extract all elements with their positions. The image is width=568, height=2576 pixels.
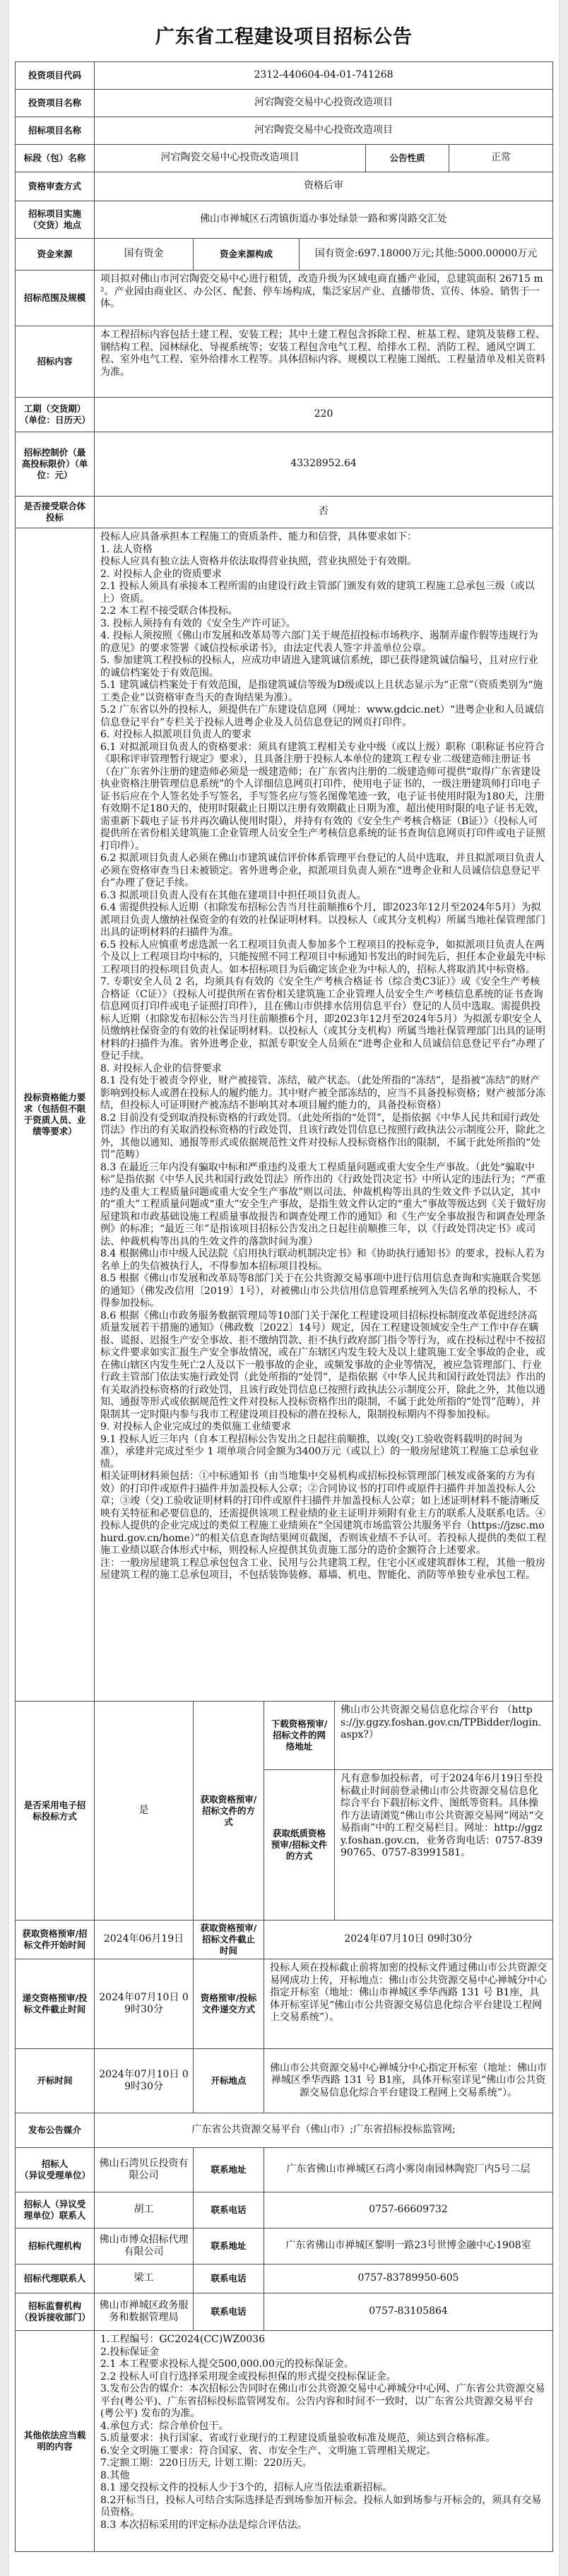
row-qualification-method: 资格审查方式 资格后审 <box>16 172 552 201</box>
media-value: 广东省公共资源交易平台（佛山市）;广东省招标投标监管网; <box>95 2113 552 2147</box>
agency-phone-label: 联系电话 <box>194 2265 264 2293</box>
row-location: 招标项目实施（交货）地点 佛山市禅城区石湾镇街道办事处绿景一路和雾岗路交汇处 <box>16 201 552 239</box>
tenderer-phone-label: 联系电话 <box>194 2192 264 2228</box>
consortium-label: 是否接受联合体投标 <box>16 497 95 528</box>
row-invest-name: 投资项目名称 河宕陶瓷交易中心投资改造项目 <box>16 90 552 117</box>
obtain-start-label: 获取资格预审/招标文件开始时间 <box>16 1921 95 1959</box>
row-content: 招标内容 本工程招标内容包括土建工程、安装工程；其中土建工程包含拆除工程、桩基工… <box>16 326 552 398</box>
media-label: 发布公告媒介 <box>16 2113 95 2147</box>
tenderer-address-value: 广东省佛山市禅城区石湾小雾岗南园林陶瓷厂内5号二层 <box>264 2148 552 2192</box>
agency-label: 招标代理机构 <box>16 2228 95 2264</box>
funds-value: 国有资金 <box>95 239 194 270</box>
scope-label: 招标范围及规模 <box>16 271 95 326</box>
row-tender-name: 招标项目名称 河宕陶瓷交易中心投资改造项目 <box>16 117 552 145</box>
row-obtain-time: 获取资格预审/招标文件开始时间 2024年06月19日 获取资格预审/招标文件截… <box>16 1921 552 1959</box>
duration-label: 工期（交货期）（单位：日历天） <box>16 398 95 432</box>
notice-nature-value: 正常 <box>449 145 552 172</box>
tenderer-contact-label: 招标人（异议受理单位）联系人 <box>16 2192 95 2228</box>
row-tenderer-contact: 招标人（异议受理单位）联系人 胡工 联系电话 0757-66609732 <box>16 2192 552 2228</box>
paper-method-subrow: 获取纸质资格预审/招标文件的方式 凡有意参加投标者，可于2024年6月19日至投… <box>264 1770 552 1920</box>
tender-name-value: 河宕陶瓷交易中心投资改造项目 <box>95 117 552 144</box>
qualification-requirements-value: 投标人应具备承担本工程施工的资质条件、能力和信誉，具体要求如下： 1. 法人资格… <box>95 528 552 1701</box>
section-label: 标段（包）名称 <box>16 145 95 172</box>
other-value: 1.工程编号：GC2024(CC)WZ0036 2.投标保证金 2.1 本工程要… <box>95 2331 552 2551</box>
agency-address-value: 广东省佛山市禅城区黎明一路23号世博金融中心1908室 <box>264 2228 552 2264</box>
supervisor-value: 佛山市禅城区政务服务和数据管理局 <box>95 2293 194 2330</box>
bid-opening-time-label: 开标时间 <box>16 2049 95 2113</box>
other-label: 其他依法应当载明的内容 <box>16 2331 95 2551</box>
obtain-method-label: 获取资格预审/招标文件的方式 <box>194 1702 264 1920</box>
download-address-subrow: 下载资格预审/招标文件的网络地址 佛山市公共资源交易信息化综合平台 （https… <box>264 1702 552 1770</box>
section-value: 河宕陶瓷交易中心投资改造项目 <box>95 145 366 172</box>
control-price-value: 43328952.64 <box>95 432 552 496</box>
supervisor-phone-value: 0757-83105864 <box>264 2293 552 2330</box>
qualification-method-value: 资格后审 <box>95 172 552 201</box>
row-duration: 工期（交货期）（单位：日历天） 220 <box>16 398 552 432</box>
row-agency-contact: 招标代理联系人 梁工 联系电话 0757-83789950-605 <box>16 2265 552 2293</box>
download-address-label: 下载资格预审/招标文件的网络地址 <box>264 1702 335 1769</box>
notice-nature-label: 公告性质 <box>366 145 449 172</box>
download-address-value: 佛山市公共资源交易信息化综合平台 （https://jy.ggzy.foshan… <box>335 1702 552 1769</box>
tenderer-contact-value: 胡工 <box>95 2192 194 2228</box>
invest-name-value: 河宕陶瓷交易中心投资改造项目 <box>95 90 552 117</box>
bid-opening-time-value: 2024年07月10日 09时30分 <box>95 2049 194 2113</box>
bid-opening-place-value: 佛山市公共资源交易中心禅城分中心指定开标室（地址：佛山市禅城区季华西路 131 … <box>264 2049 552 2113</box>
tenderer-value: 佛山石湾贝丘投资有限公司 <box>95 2148 194 2192</box>
qualification-method-label: 资格审查方式 <box>16 172 95 201</box>
tenderer-phone-value: 0757-66609732 <box>264 2192 552 2228</box>
announcement-table: 投资项目代码 2312-440604-04-01-741268 投资项目名称 河… <box>15 61 553 2552</box>
row-e-bidding: 是否采用电子招标投标方式 是 获取资格预审/招标文件的方式 下载资格预审/招标文… <box>16 1702 552 1921</box>
announcement-page: 广东省工程建设项目招标公告 投资项目代码 2312-440604-04-01-7… <box>8 0 560 2576</box>
agency-contact-label: 招标代理联系人 <box>16 2265 95 2293</box>
submit-deadline-value: 2024年07月10日 09时30分 <box>95 1959 194 2048</box>
consortium-value: 否 <box>95 497 552 528</box>
e-bidding-label: 是否采用电子招标投标方式 <box>16 1702 95 1920</box>
row-agency: 招标代理机构 佛山市博众招标代理有限公司 联系地址 广东省佛山市禅城区黎明一路2… <box>16 2228 552 2265</box>
duration-value: 220 <box>95 398 552 432</box>
agency-contact-value: 梁工 <box>95 2265 194 2293</box>
project-code-value: 2312-440604-04-01-741268 <box>95 62 552 89</box>
agency-address-label: 联系地址 <box>194 2228 264 2264</box>
supervisor-label: 招标监督机构（投诉接收部门） <box>16 2293 95 2330</box>
row-scope: 招标范围及规模 项目拟对佛山市河宕陶瓷交易中心进行租赁，改造升级为区域电商直播产… <box>16 271 552 326</box>
row-bid-opening: 开标时间 2024年07月10日 09时30分 开标地点 佛山市公共资源交易中心… <box>16 2049 552 2113</box>
tenderer-label: 招标人 （异议受理单位） <box>16 2148 95 2192</box>
control-price-label: 招标控制价（最高投标限价）（单位：元） <box>16 432 95 496</box>
agency-value: 佛山市博众招标代理有限公司 <box>95 2228 194 2264</box>
e-bidding-value: 是 <box>95 1702 194 1920</box>
row-consortium: 是否接受联合体投标 否 <box>16 497 552 528</box>
funds-composition-label: 资金来源构成 <box>194 239 300 270</box>
obtain-start-value: 2024年06月19日 <box>95 1921 194 1959</box>
row-project-code: 投资项目代码 2312-440604-04-01-741268 <box>16 62 552 90</box>
submit-method-value: 投标人须在投标截止前将加密的投标文件通过佛山市公共资源交易网成功上传，开标地点：… <box>264 1959 552 2048</box>
project-code-label: 投资项目代码 <box>16 62 95 89</box>
submit-method-label: 资格预审/投标文件递交方式 <box>194 1959 264 2048</box>
bid-opening-place-label: 开标地点 <box>194 2049 264 2113</box>
row-qualification-requirements: 投标资格能力要求（包括但不限于资质人员、业绩等要求） 投标人应具备承担本工程施工… <box>16 528 552 1702</box>
location-label: 招标项目实施（交货）地点 <box>16 201 95 238</box>
paper-method-label: 获取纸质资格预审/招标文件的方式 <box>264 1770 335 1920</box>
row-tenderer: 招标人 （异议受理单位） 佛山石湾贝丘投资有限公司 联系地址 广东省佛山市禅城区… <box>16 2148 552 2192</box>
row-other: 其他依法应当载明的内容 1.工程编号：GC2024(CC)WZ0036 2.投标… <box>16 2331 552 2551</box>
supervisor-phone-label: 联系电话 <box>194 2293 264 2330</box>
row-supervisor: 招标监督机构（投诉接收部门） 佛山市禅城区政务服务和数据管理局 联系电话 075… <box>16 2293 552 2331</box>
obtain-deadline-value: 2024年07月10日 09时30分 <box>264 1921 552 1959</box>
paper-method-value: 凡有意参加投标者，可于2024年6月19日至投标截止时间前登录佛山市公共资源交易… <box>335 1770 552 1920</box>
content-value: 本工程招标内容包括土建工程、安装工程；其中土建工程包含拆除工程、桩基工程、建筑及… <box>95 326 552 397</box>
tender-name-label: 招标项目名称 <box>16 117 95 144</box>
row-control-price: 招标控制价（最高投标限价）（单位：元） 43328952.64 <box>16 432 552 497</box>
funds-label: 资金来源 <box>16 239 95 270</box>
qualification-requirements-label: 投标资格能力要求（包括但不限于资质人员、业绩等要求） <box>16 528 95 1701</box>
submit-deadline-label: 递交资格预审/投标文件截止时间 <box>16 1959 95 2048</box>
row-section: 标段（包）名称 河宕陶瓷交易中心投资改造项目 公告性质 正常 <box>16 145 552 172</box>
obtain-deadline-label: 获取资格预审/招标文件截止时间 <box>194 1921 264 1959</box>
row-submit-deadline: 递交资格预审/投标文件截止时间 2024年07月10日 09时30分 资格预审/… <box>16 1959 552 2049</box>
scope-value: 项目拟对佛山市河宕陶瓷交易中心进行租赁，改造升级为区域电商直播产业园，总建筑面积… <box>95 271 552 326</box>
content-label: 招标内容 <box>16 326 95 397</box>
invest-name-label: 投资项目名称 <box>16 90 95 117</box>
funds-composition-value: 国有资金:697.18000万元;其他:5000.00000万元 <box>300 239 552 270</box>
tenderer-address-label: 联系地址 <box>194 2148 264 2192</box>
agency-phone-value: 0757-83789950-605 <box>264 2265 552 2293</box>
row-media: 发布公告媒介 广东省公共资源交易平台（佛山市）;广东省招标投标监管网; <box>16 2113 552 2148</box>
location-value: 佛山市禅城区石湾镇街道办事处绿景一路和雾岗路交汇处 <box>95 201 552 238</box>
page-title: 广东省工程建设项目招标公告 <box>9 4 559 61</box>
obtain-method-subtable: 下载资格预审/招标文件的网络地址 佛山市公共资源交易信息化综合平台 （https… <box>264 1702 552 1920</box>
row-funds: 资金来源 国有资金 资金来源构成 国有资金:697.18000万元;其他:500… <box>16 239 552 271</box>
